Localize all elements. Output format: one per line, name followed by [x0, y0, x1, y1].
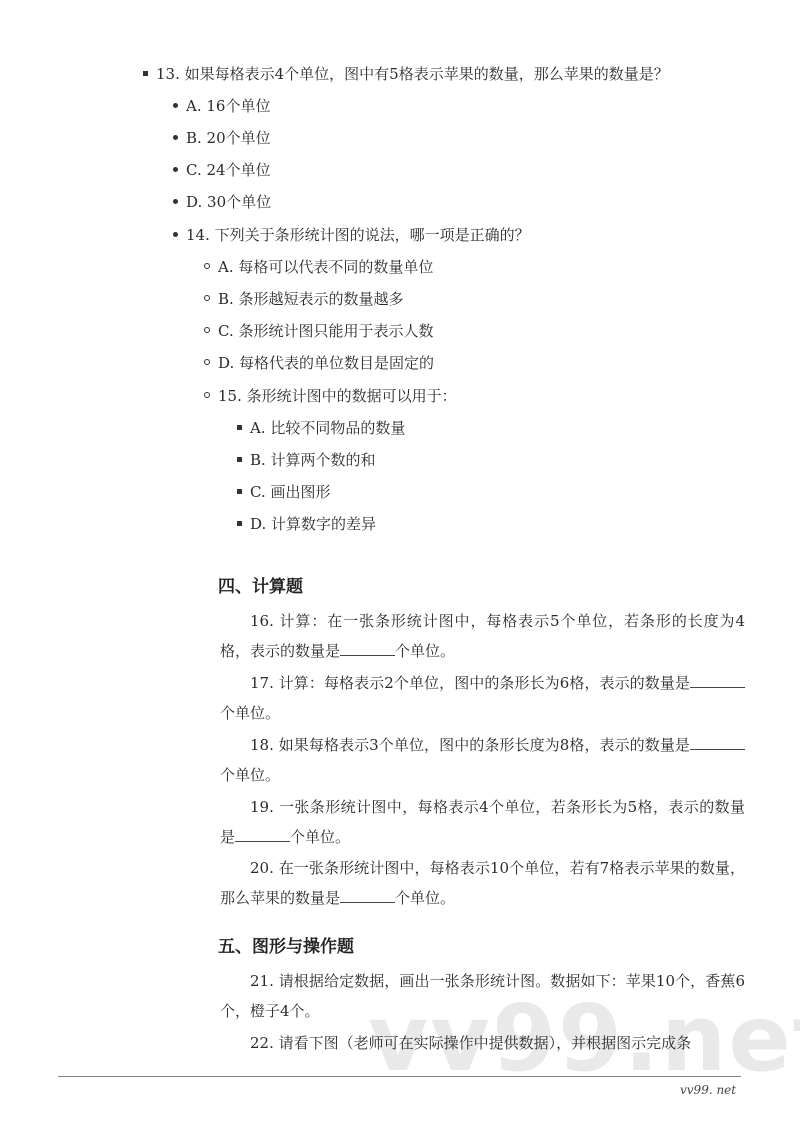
circle-bullet-icon — [204, 327, 210, 333]
dot-bullet-icon — [173, 135, 178, 140]
answer-blank[interactable] — [690, 735, 745, 750]
dot-bullet-icon — [173, 199, 178, 204]
dot-bullet-icon — [173, 232, 178, 237]
q13-option-b: B. 20个单位 — [173, 128, 271, 148]
question-13: 13. 如果每格表示4个单位，图中有5格表示苹果的数量，那么苹果的数量是？ — [143, 64, 669, 84]
question-22: 22. 请看下图（老师可在实际操作中提供数据），并根据图示完成条 — [220, 1028, 745, 1058]
footer-site: vv99. net — [680, 1083, 736, 1097]
q13-option-d: D. 30个单位 — [173, 192, 271, 212]
square-bullet-icon — [143, 71, 148, 76]
answer-blank[interactable] — [690, 673, 745, 688]
q15-option-d: D. 计算数字的差异 — [237, 514, 376, 534]
square-bullet-icon — [237, 521, 242, 526]
circle-bullet-icon — [204, 263, 210, 269]
q15-option-b: B. 计算两个数的和 — [237, 450, 376, 470]
dot-bullet-icon — [173, 103, 178, 108]
question-14: 14. 下列关于条形统计图的说法，哪一项是正确的？ — [173, 225, 530, 245]
question-20: 20. 在一张条形统计图中，每格表示10个单位，若有7格表示苹果的数量，那么苹果… — [220, 853, 745, 913]
q15-option-a: A. 比较不同物品的数量 — [237, 418, 405, 438]
q15-option-c: C. 画出图形 — [237, 482, 330, 502]
section-4-heading: 四、计算题 — [218, 572, 303, 597]
circle-bullet-icon — [204, 359, 210, 365]
q14-option-d: D. 每格代表的单位数目是固定的 — [204, 353, 434, 373]
question-21: 21. 请根据给定数据，画出一张条形统计图。数据如下：苹果10个，香蕉6个，橙子… — [220, 966, 745, 1026]
square-bullet-icon — [237, 489, 242, 494]
document-page: vv99.net 13. 如果每格表示4个单位，图中有5格表示苹果的数量，那么苹… — [0, 0, 800, 1130]
section-5-heading: 五、图形与操作题 — [218, 932, 354, 957]
circle-bullet-icon — [204, 295, 210, 301]
dot-bullet-icon — [173, 167, 178, 172]
question-16: 16. 计算：在一张条形统计图中，每格表示5个单位，若条形的长度为4格，表示的数… — [220, 606, 745, 666]
footer-divider — [58, 1076, 741, 1077]
circle-bullet-icon — [204, 392, 210, 398]
question-19: 19. 一张条形统计图中，每格表示4个单位，若条形长为5格，表示的数量是个单位。 — [220, 792, 745, 852]
answer-blank[interactable] — [340, 641, 395, 656]
q13-option-a: A. 16个单位 — [173, 96, 270, 116]
q13-option-c: C. 24个单位 — [173, 160, 271, 180]
question-17: 17. 计算：每格表示2个单位，图中的条形长为6格，表示的数量是个单位。 — [220, 668, 745, 728]
q14-option-a: A. 每格可以代表不同的数量单位 — [204, 257, 433, 277]
q14-option-b: B. 条形越短表示的数量越多 — [204, 289, 404, 309]
square-bullet-icon — [237, 457, 242, 462]
q14-option-c: C. 条形统计图只能用于表示人数 — [204, 321, 433, 341]
answer-blank[interactable] — [235, 827, 290, 842]
answer-blank[interactable] — [340, 888, 395, 903]
square-bullet-icon — [237, 425, 242, 430]
question-18: 18. 如果每格表示3个单位，图中的条形长度为8格，表示的数量是个单位。 — [220, 730, 745, 790]
question-15: 15. 条形统计图中的数据可以用于： — [204, 386, 457, 406]
